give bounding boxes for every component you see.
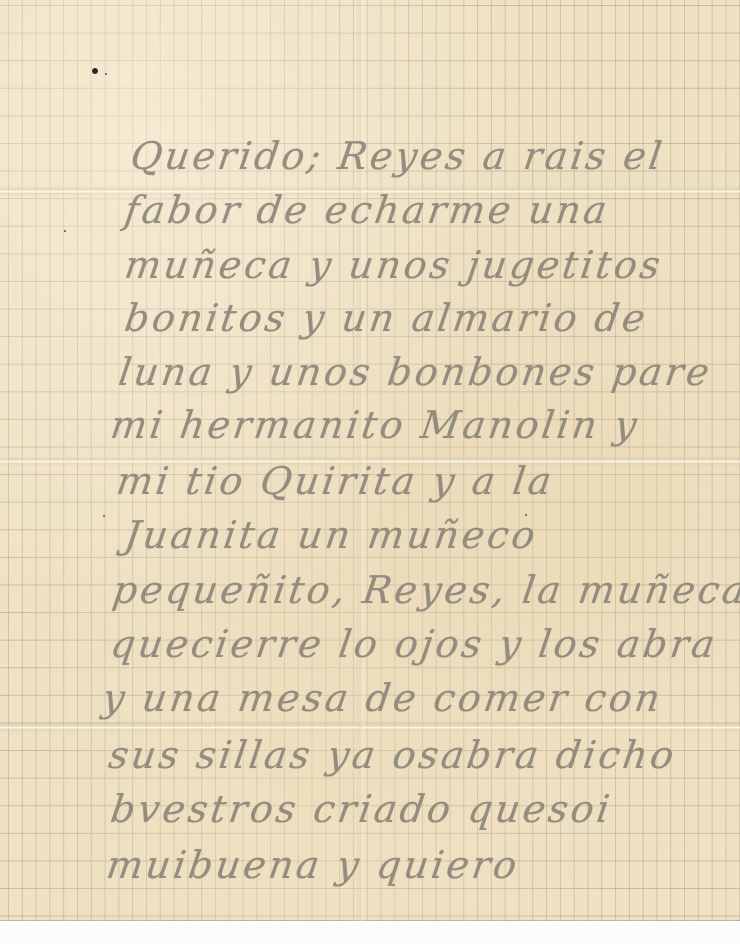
graph-paper-sheet: Querido; Reyes a rais el fabor de echarm… (0, 0, 740, 921)
letter-line: bvestros criado quesoi (108, 787, 615, 831)
letter-line: quecierre lo ojos y los abra (108, 622, 720, 666)
scan-background (0, 921, 740, 944)
letter-line: mi tio Quirita y a la (114, 459, 557, 503)
letter-line: muñeca y unos jugetitos (122, 243, 666, 287)
letter-line: luna y unos bonbones pare (116, 350, 715, 394)
letter-line: muibuena y quiero (104, 843, 522, 887)
letter-line: bonitos y un almario de (122, 296, 651, 340)
letter-line: y una mesa de comer con (100, 676, 666, 720)
letter-line: Juanita un muñeco (122, 513, 541, 557)
letter-line: Querido; Reyes a rais el (128, 134, 667, 178)
scanned-page: Querido; Reyes a rais el fabor de echarm… (0, 0, 740, 944)
letter-line: pequeñito, Reyes, la muñeca (110, 568, 740, 612)
letter-line: mi hermanito Manolin y (108, 403, 642, 447)
handwritten-letter: Querido; Reyes a rais el fabor de echarm… (0, 0, 740, 921)
letter-line: fabor de echarme una (122, 188, 613, 232)
letter-line: sus sillas ya osabra dicho (106, 733, 680, 777)
